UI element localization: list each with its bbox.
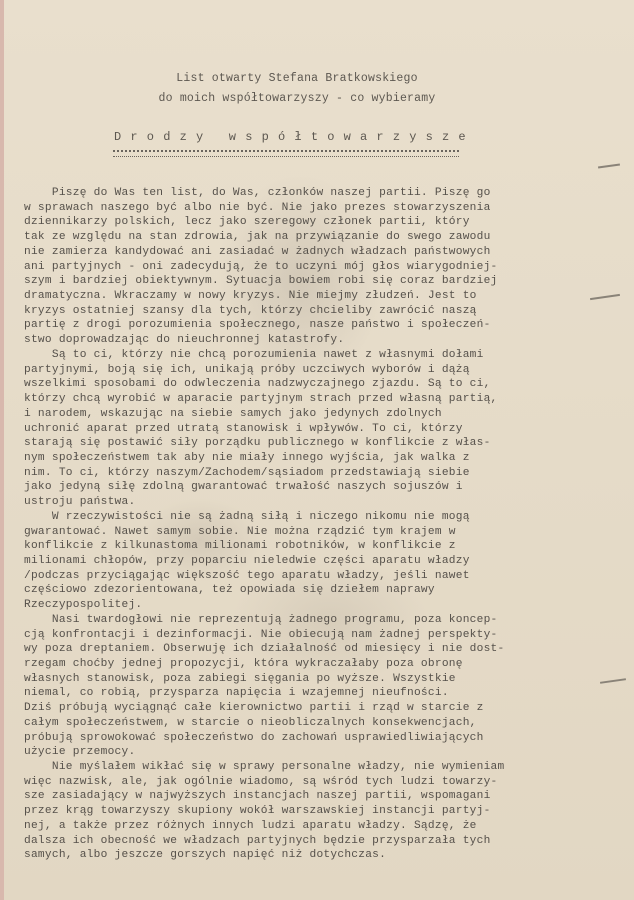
text-line: dalsza ich obecność we władzach partyjny…: [24, 834, 584, 849]
text-line: dziennikarzy polskich, lecz jako szerego…: [24, 215, 584, 230]
text-line: partię z drogi porozumienia społecznego,…: [24, 318, 584, 333]
text-line: samych, albo jeszcze gorszych napięć niż…: [24, 848, 584, 863]
text-line: sze zasiadający w najwyższych instancjac…: [24, 789, 584, 804]
text-line: częściowo zdezorientowana, też opowiada …: [24, 583, 584, 598]
text-line: stwo doprowadzając do nieuchronnej katas…: [24, 333, 584, 348]
text-line: milionami chłopów, przy poparciu nieledw…: [24, 554, 584, 569]
text-line: kryzys ostatniej szansy dla tych, którzy…: [24, 304, 584, 319]
text-line: uchronić aparat przed utratą stanowisk i…: [24, 422, 584, 437]
salutation: Drodzy współtowarzysze: [114, 130, 475, 144]
text-line: całym społeczeństwem, w starcie o nieobl…: [24, 716, 584, 731]
text-line: W rzeczywistości nie są żadną siłą i nic…: [24, 510, 584, 525]
text-line: jako jedyną siłę zdolną gwarantować trwa…: [24, 480, 584, 495]
page-edge: [0, 0, 4, 900]
text-line: wy poza dreptaniem. Obserwuję ich działa…: [24, 642, 584, 657]
text-line: partyjnymi, boją się ich, unikają próby …: [24, 363, 584, 378]
text-line: niemal, co robią, przysparza napięcia i …: [24, 686, 584, 701]
text-line: w sprawach naszego być albo nie być. Nie…: [24, 201, 584, 216]
text-line: Dziś próbują wyciągnąć całe kierownictwo…: [24, 701, 584, 716]
title-line-1: List otwarty Stefana Bratkowskiego: [0, 72, 614, 85]
text-line: ustroju państwa.: [24, 495, 584, 510]
text-line: przez krąg towarzyszy skupiony wokół war…: [24, 804, 584, 819]
text-line: którzy chcą wyrobić w aparacie partyjnym…: [24, 392, 584, 407]
letter-body: Piszę do Was ten list, do Was, członków …: [24, 186, 584, 863]
text-line: rzegam choćby jednej propozycji, która w…: [24, 657, 584, 672]
text-line: nej, a także przez różnych innych ludzi …: [24, 819, 584, 834]
text-line: więc nazwisk, ale, jak ogólnie wiadomo, …: [24, 775, 584, 790]
text-line: gwarantować. Nawet samym sobie. Nie możn…: [24, 525, 584, 540]
text-line: nim. To ci, którzy naszym/Zachodem/sąsia…: [24, 466, 584, 481]
text-line: Rzeczypospolitej.: [24, 598, 584, 613]
text-line: dramatyczna. Wkraczamy w nowy kryzys. Ni…: [24, 289, 584, 304]
text-line: ani partyjnych - oni zadecydują, że to u…: [24, 260, 584, 275]
text-line: konflikcie z kilkunastoma milionami robo…: [24, 539, 584, 554]
text-line: cją konfrontacji i dezinformacji. Nie ob…: [24, 628, 584, 643]
text-line: tak ze względu na stan zdrowia, jak na p…: [24, 230, 584, 245]
text-line: Są to ci, którzy nie chcą porozumienia n…: [24, 348, 584, 363]
text-line: użycie przemocy.: [24, 745, 584, 760]
text-line: własnych stanowisk, poza zabiegi sięgani…: [24, 672, 584, 687]
text-line: /podczas przyciągając większość tego apa…: [24, 569, 584, 584]
text-line: Nie myślałem wikłać się w sprawy persona…: [24, 760, 584, 775]
salutation-underline: [113, 150, 459, 157]
text-line: nie zamierza kandydować ani zasiadać w ż…: [24, 245, 584, 260]
title-line-2: do moich współtowarzyszy - co wybieramy: [0, 92, 614, 105]
text-line: szym i bardziej obiektywnym. Sytuacja bo…: [24, 274, 584, 289]
text-line: próbują sprowokować społeczeństwo do zac…: [24, 731, 584, 746]
text-line: wszelkimi sposobami do odwleczenia nadzw…: [24, 377, 584, 392]
text-line: nym społeczeństwem tak aby nie miały inn…: [24, 451, 584, 466]
text-line: Nasi twardogłowi nie reprezentują żadneg…: [24, 613, 584, 628]
text-line: starają się postawić siły porządku publi…: [24, 436, 584, 451]
text-line: i narodem, wskazując na siebie samych ja…: [24, 407, 584, 422]
text-line: Piszę do Was ten list, do Was, członków …: [24, 186, 584, 201]
